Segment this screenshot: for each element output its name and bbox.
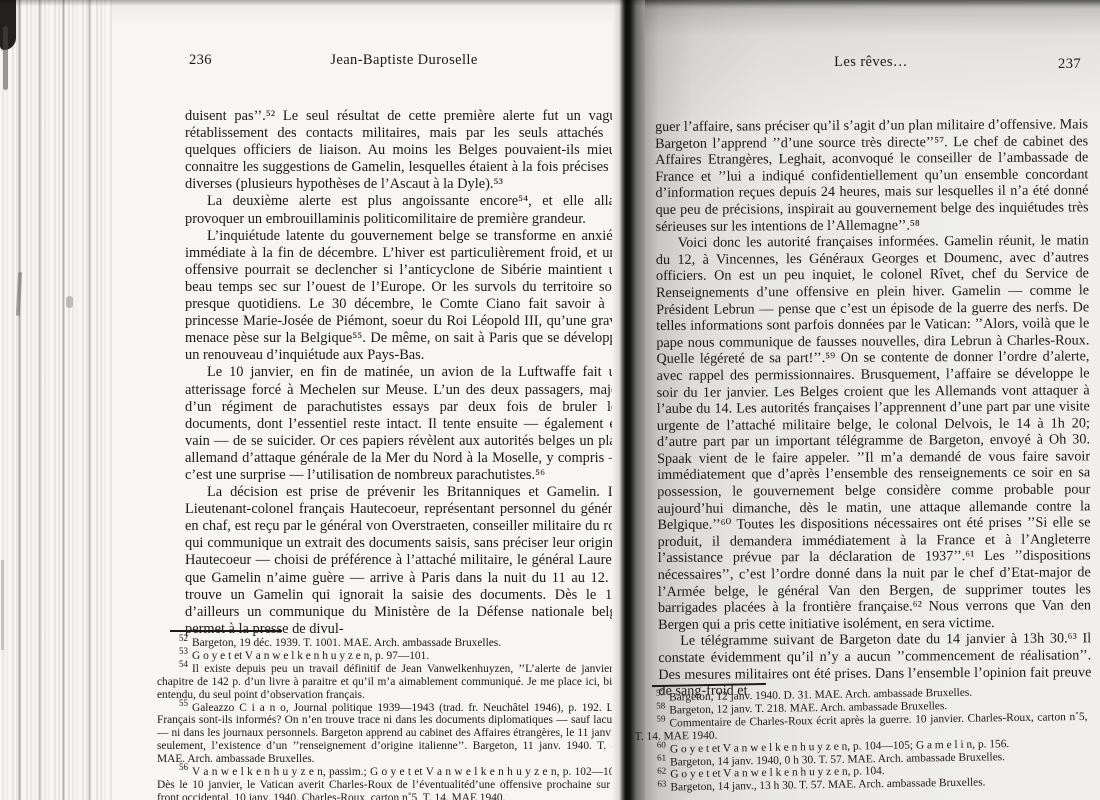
right-page-header: Les rêves… 237 (655, 54, 1087, 71)
footnote-number: 59 (656, 714, 665, 724)
scan-artifact (1, 560, 4, 650)
running-header-left: Jean-Baptiste Duroselle (185, 52, 623, 69)
right-page: Les rêves… 237 guer l’affaire, sans préc… (645, 0, 1100, 800)
right-page-body: guer l’affaire, sans préciser qu’il s’ag… (655, 116, 1092, 699)
left-page-footnotes: 52Bargeton, 19 déc. 1939. T. 1001. MAE. … (157, 637, 623, 800)
footnote-number: 62 (657, 765, 666, 775)
footnote-number: 52 (179, 633, 188, 643)
footnote-number: 56 (179, 762, 188, 772)
footnote-text: Bargeton, 19 déc. 1939. T. 1001. MAE. Ar… (192, 637, 501, 649)
footnote-text: G o y e t et V a n w e l k e n h u y z e… (192, 650, 429, 662)
page-edges-texture (0, 0, 112, 800)
footnote-text: Galeazzo C i a n o, Journal politique 19… (157, 702, 623, 766)
footnote: 53G o y e t et V a n w e l k e n h u y z… (157, 650, 623, 663)
scan-artifact (66, 296, 73, 308)
footnote-number: 58 (656, 701, 665, 711)
footnote: 55Galeazzo C i a n o, Journal politique … (157, 702, 623, 767)
paragraph: La deuxième alerte est plus angoissante … (185, 193, 623, 227)
page-number-right: 237 (1058, 56, 1081, 73)
paragraph: La décision est prise de prévenir les Br… (185, 484, 623, 638)
page-number-left: 236 (189, 52, 212, 69)
book-gutter (612, 0, 645, 800)
left-page-body: duisent pas’’.⁵² Le seul résultat de cet… (185, 108, 623, 638)
running-header-right: Les rêves… (655, 54, 1087, 71)
book-scan: 236 Jean-Baptiste Duroselle duisent pas’… (0, 0, 1100, 800)
footnote-number: 60 (657, 739, 666, 749)
left-page-header: 236 Jean-Baptiste Duroselle (185, 52, 623, 69)
left-page: 236 Jean-Baptiste Duroselle duisent pas’… (112, 0, 612, 800)
right-page-footnotes: 57Bargeton, 12 janv. 1940. D. 31. MAE. A… (634, 685, 1089, 795)
footnote: 56V a n w e l k e n h u y z e n, passim.… (157, 766, 623, 800)
footnote-number: 57 (656, 688, 665, 698)
footnote-number: 54 (179, 659, 188, 669)
paragraph: Voici donc les autorité françaises infor… (656, 233, 1091, 634)
footnote-text: V a n w e l k e n h u y z e n, passim.; … (157, 766, 623, 800)
footnote: 52Bargeton, 19 déc. 1939. T. 1001. MAE. … (157, 637, 623, 650)
footnote-number: 55 (179, 698, 188, 708)
footnote-rule-left (170, 630, 282, 632)
footnote-number: 53 (179, 646, 188, 656)
scan-artifact (0, 0, 1100, 6)
footnote: 54Il existe depuis peu un travail défini… (157, 663, 623, 702)
paragraph: duisent pas’’.⁵² Le seul résultat de cet… (185, 108, 623, 193)
paragraph: Le 10 janvier, en fin de matinée, un avi… (185, 364, 623, 484)
scan-artifact (3, 26, 8, 90)
footnote-number: 63 (657, 778, 666, 788)
footnote-number: 61 (657, 752, 666, 762)
paragraph: guer l’affaire, sans préciser qu’il s’ag… (655, 116, 1089, 235)
paragraph: L’inquiétude latente du gouvernement bel… (185, 228, 623, 365)
footnote-text: Il existe depuis peu un travail définiti… (157, 663, 623, 701)
